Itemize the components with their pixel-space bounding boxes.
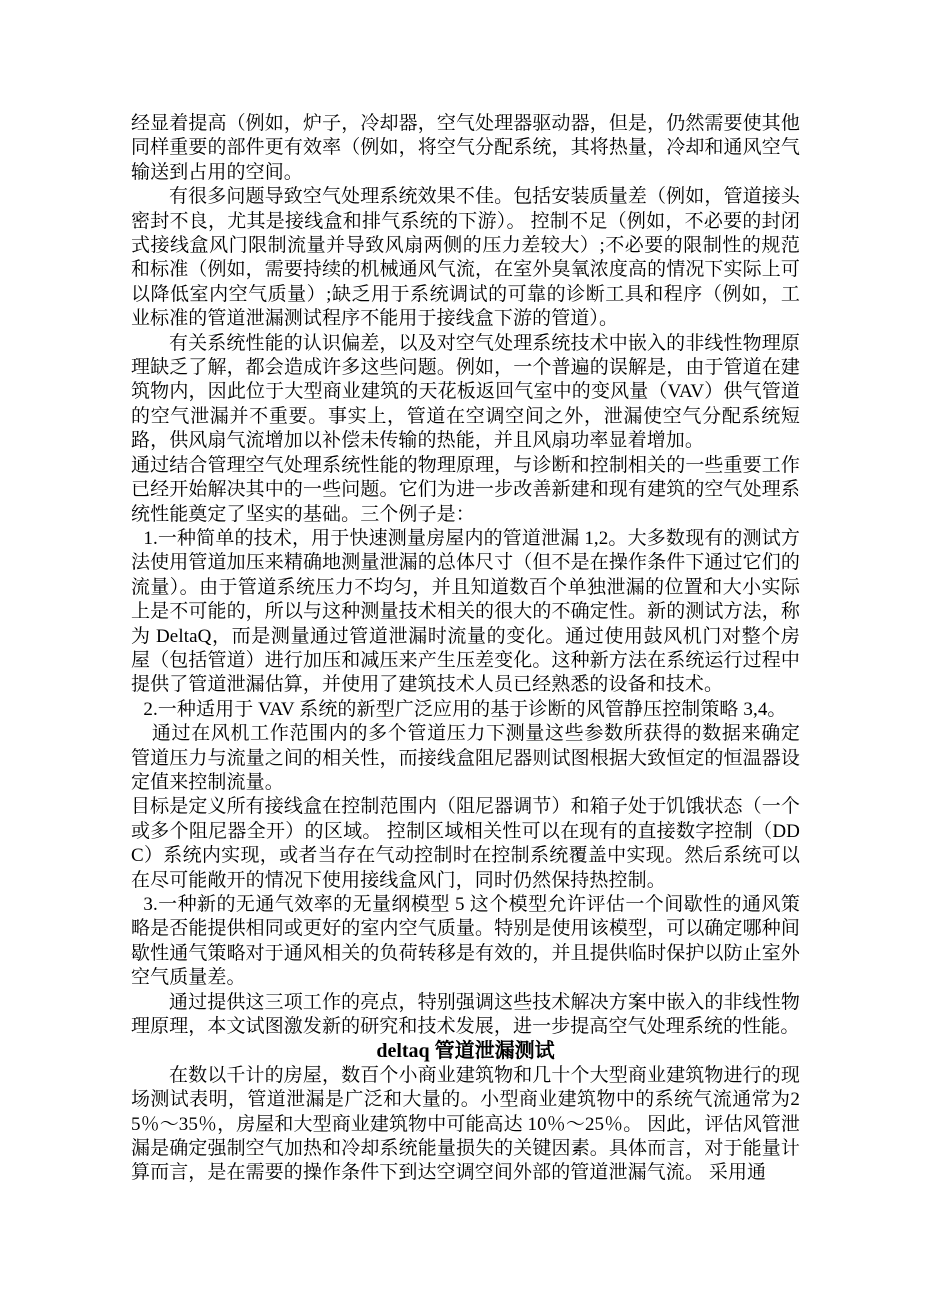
- paragraph-three-examples-lead: 通过结合管理空气处理系统性能的物理原理，与诊断和控制相关的一些重要工作已经开始解…: [131, 454, 800, 527]
- document-page: 经显着提高（例如，炉子，冷却器，空气处理器驱动器，但是，仍然需要使其他同样重要的…: [0, 0, 926, 1309]
- section-heading-deltaq-test: deltaq 管道泄漏测试: [131, 1039, 800, 1063]
- paragraph-intro-efficiency: 经显着提高（例如，炉子，冷却器，空气处理器驱动器，但是，仍然需要使其他同样重要的…: [131, 112, 800, 185]
- paragraph-summary: 通过提供这三项工作的亮点，特别强调这些技术解决方案中嵌入的非线性物理原理，本文试…: [131, 991, 800, 1040]
- paragraph-example-2-vav: 2.一种适用于 VAV 系统的新型广泛应用的基于诊断的风管静压控制策略 3,4。: [131, 698, 800, 722]
- paragraph-example-1-deltaq: 1.一种简单的技术，用于快速测量房屋内的管道泄漏 1,2。大多数现有的测试方法使…: [131, 527, 800, 698]
- paragraph-problems-list: 有很多问题导致空气处理系统效果不佳。包括安装质量差（例如，管道接头密封不良，尤其…: [131, 185, 800, 331]
- paragraph-example-3-model: 3.一种新的无通气效率的无量纲模型 5 这个模型允许评估一个间歇性的通风策略是否…: [131, 893, 800, 991]
- paragraph-control-zones: 目标是定义所有接线盒在控制范围内（阻尼器调节）和箱子处于饥饿状态（一个或多个阻尼…: [131, 795, 800, 893]
- paragraph-fan-measurement: 通过在风机工作范围内的多个管道压力下测量这些参数所获得的数据来确定管道压力与流量…: [131, 722, 800, 795]
- paragraph-misconceptions: 有关系统性能的认识偏差，以及对空气处理系统技术中嵌入的非线性物理原理缺乏了解，都…: [131, 332, 800, 454]
- document-text-block: 经显着提高（例如，炉子，冷却器，空气处理器驱动器，但是，仍然需要使其他同样重要的…: [131, 112, 800, 1186]
- paragraph-field-tests: 在数以千计的房屋，数百个小商业建筑物和几十个大型商业建筑物进行的现场测试表明，管…: [131, 1064, 800, 1186]
